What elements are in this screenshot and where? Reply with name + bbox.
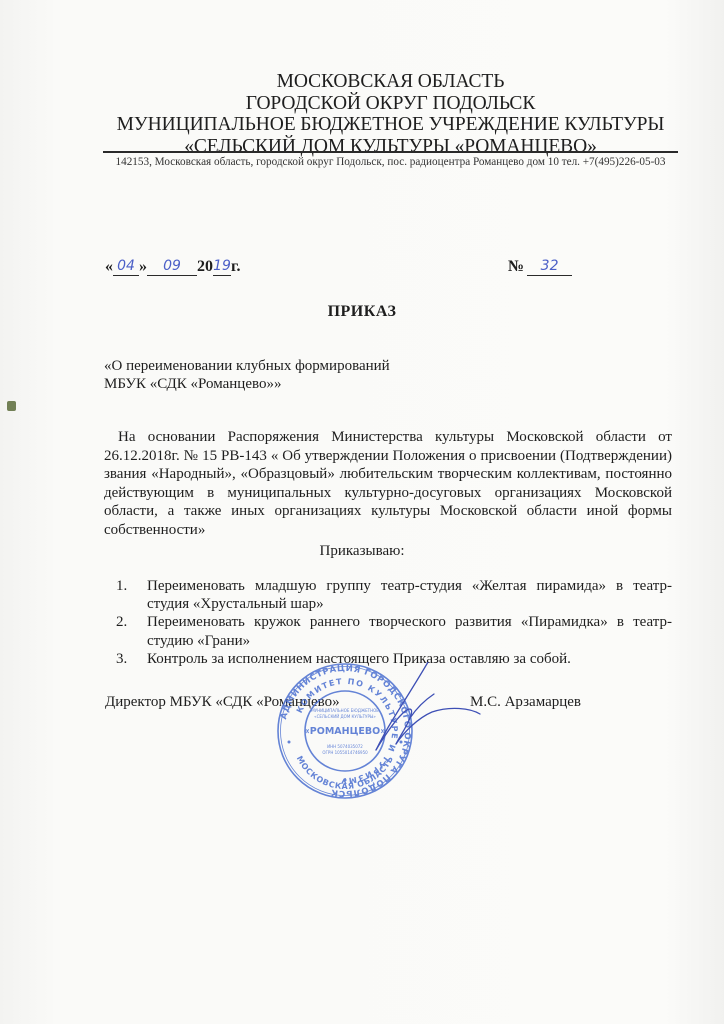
list-item-number: 1. [110,577,147,613]
number-field: 32 [527,258,572,276]
date-suffix: г. [231,258,240,276]
document-page: МОСКОВСКАЯ ОБЛАСТЬ ГОРОДСКОЙ ОКРУГ ПОДОЛ… [0,0,724,1024]
subject-line-2: МБУК «СДК «Романцево»» [104,375,390,393]
subject-line-1: «О переименовании клубных формирований [104,357,390,375]
order-date: « 04 » 09 20 19 г. [105,258,240,276]
order-number: № 32 [508,258,572,276]
list-item-number: 3. [110,650,147,668]
date-year-prefix: 20 [197,258,213,276]
list-item-text: Переименовать младшую группу театр-студи… [147,577,672,613]
order-subject: «О переименовании клубных формирований М… [104,357,390,393]
handwritten-signature-icon [340,662,510,772]
list-item: 1. Переименовать младшую группу театр-ст… [110,577,672,613]
letterhead-line-institution-type: МУНИЦИПАЛЬНОЕ БЮДЖЕТНОЕ УЧРЕЖДЕНИЕ КУЛЬТ… [103,114,678,136]
date-year-field: 19 [213,258,231,276]
date-open-quote: « [105,258,113,276]
list-item-number: 2. [110,613,147,649]
order-items-list: 1. Переименовать младшую группу театр-ст… [110,577,672,668]
list-item: 2. Переименовать кружок раннего творческ… [110,613,672,649]
letterhead-line-region: МОСКОВСКАЯ ОБЛАСТЬ [103,71,678,93]
letterhead-address: 142153, Московская область, городской ок… [103,156,678,168]
letterhead-divider [103,151,678,153]
letterhead-line-district: ГОРОДСКОЙ ОКРУГ ПОДОЛЬСК [103,93,678,115]
document-title: ПРИКАЗ [0,303,724,321]
letterhead: МОСКОВСКАЯ ОБЛАСТЬ ГОРОДСКОЙ ОКРУГ ПОДОЛ… [103,71,678,157]
scan-edge-mark [7,401,16,411]
date-day-field: 04 [113,258,139,276]
list-item-text: Переименовать кружок раннего творческого… [147,613,672,649]
letterhead-line-institution-name: «СЕЛЬСКИЙ ДОМ КУЛЬТУРЫ «РОМАНЦЕВО» [103,136,678,158]
order-basis-paragraph: На основании Распоряжения Министерства к… [104,428,672,539]
order-directive-word: Приказываю: [0,543,724,560]
date-month-field: 09 [147,258,197,276]
date-close-quote: » [139,258,147,276]
number-label: № [508,258,524,276]
